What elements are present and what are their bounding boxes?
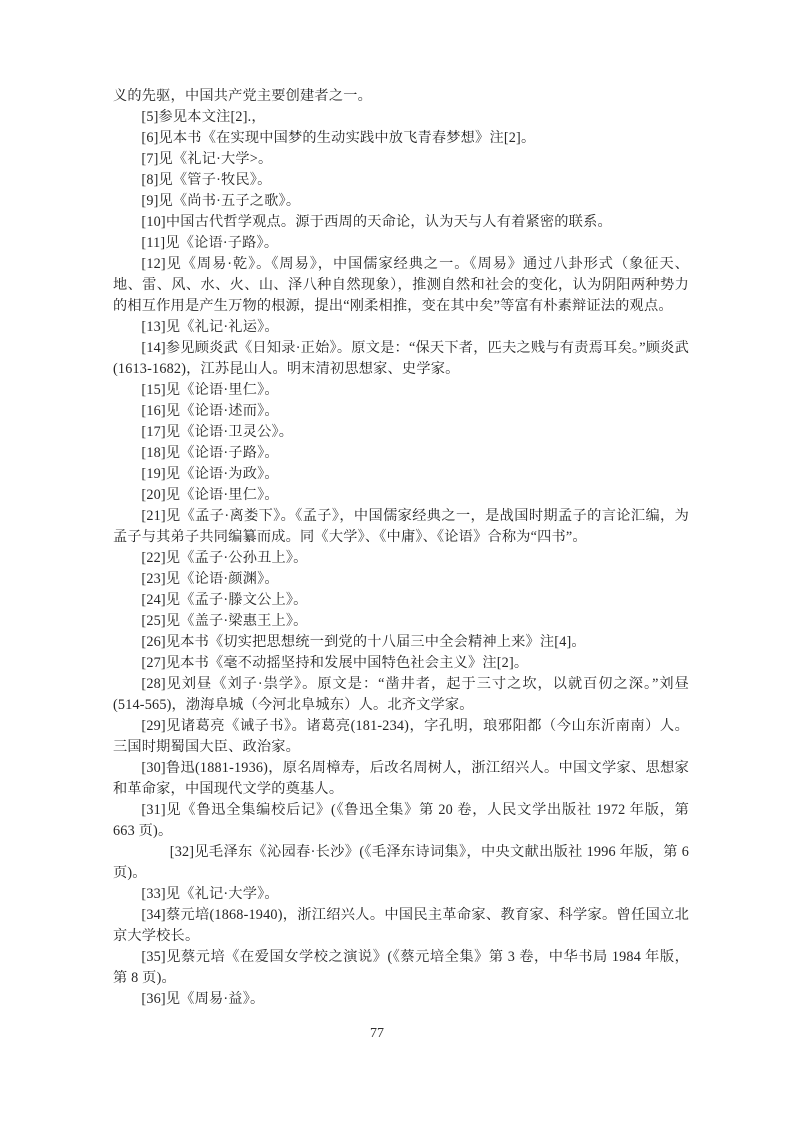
note-paragraph: [19]见《论语·为政》。 <box>113 464 689 485</box>
page-number: 77 <box>337 1026 417 1042</box>
note-paragraph: [26]见本书《切实把思想统一到党的十八届三中全会精神上来》注[4]。 <box>113 632 689 653</box>
note-paragraph: [11]见《论语·子路》。 <box>113 233 689 254</box>
note-paragraph: [27]见本书《毫不动摇坚持和发展中国特色社会主义》注[2]。 <box>113 653 689 674</box>
note-paragraph: [8]见《管子·牧民》。 <box>113 170 689 191</box>
endnotes-section: 义的先驱，中国共产党主要创建者之一。[5]参见本文注[2].，[6]见本书《在实… <box>113 86 689 1010</box>
note-paragraph: [21]见《孟子·离娄下》。《孟子》，中国儒家经典之一，是战国时期孟子的言论汇编… <box>113 506 689 548</box>
note-paragraph: [12]见《周易·乾》。《周易》，中国儒家经典之一。《周易》通过八卦形式（象征天… <box>113 254 689 317</box>
note-paragraph: [31]见《鲁迅全集编校后记》(《鲁迅全集》第 20 卷，人民文学出版社 197… <box>113 800 689 842</box>
note-paragraph: [30]鲁迅(1881-1936)，原名周樟寿，后改名周树人，浙江绍兴人。中国文… <box>113 758 689 800</box>
note-paragraph: [6]见本书《在实现中国梦的生动实践中放飞青春梦想》注[2]。 <box>113 128 689 149</box>
document-page: 义的先驱，中国共产党主要创建者之一。[5]参见本文注[2].，[6]见本书《在实… <box>0 0 800 1131</box>
note-paragraph: [24]见《孟子·滕文公上》。 <box>113 590 689 611</box>
note-paragraph: [29]见诸葛亮《诫子书》。诸葛亮(181-234)，字孔明，琅邪阳都（今山东沂… <box>113 716 689 758</box>
note-paragraph: [14]参见顾炎武《日知录·正始》。原文是：“保天下者，匹夫之贱与有责焉耳矣。”… <box>113 338 689 380</box>
note-paragraph: [10]中国古代哲学观点。源于西周的天命论，认为天与人有着紧密的联系。 <box>113 212 689 233</box>
note-paragraph: 义的先驱，中国共产党主要创建者之一。 <box>113 86 689 107</box>
note-paragraph: [7]见《礼记·大学>。 <box>113 149 689 170</box>
note-paragraph: [17]见《论语·卫灵公》。 <box>113 422 689 443</box>
note-paragraph: [25]见《盖子·梁惠王上》。 <box>113 611 689 632</box>
note-paragraph: [23]见《论语·颜渊》。 <box>113 569 689 590</box>
note-paragraph: [36]见《周易·益》。 <box>113 989 689 1010</box>
note-paragraph: [32]见毛泽东《沁园春·长沙》(《毛泽东诗词集》，中央文献出版社 1996 年… <box>113 842 689 884</box>
note-paragraph: [13]见《礼记·礼运》。 <box>113 317 689 338</box>
note-paragraph: [20]见《论语·里仁》。 <box>113 485 689 506</box>
note-paragraph: [9]见《尚书·五子之歌》。 <box>113 191 689 212</box>
note-paragraph: [18]见《论语·子路》。 <box>113 443 689 464</box>
note-paragraph: [34]蔡元培(1868-1940)，浙江绍兴人。中国民主革命家、教育家、科学家… <box>113 905 689 947</box>
note-paragraph: [35]见蔡元培《在爱国女学校之演说》(《蔡元培全集》第 3 卷，中华书局 19… <box>113 947 689 989</box>
note-paragraph: [15]见《论语·里仁》。 <box>113 380 689 401</box>
note-paragraph: [33]见《礼记·大学》。 <box>113 884 689 905</box>
note-paragraph: [22]见《孟子·公孙丑上》。 <box>113 548 689 569</box>
note-paragraph: [5]参见本文注[2].， <box>113 107 689 128</box>
note-paragraph: [28]见刘昼《刘子·祟学》。原文是：“凿井者，起于三寸之坎，以就百仞之深。”刘… <box>113 674 689 716</box>
note-paragraph: [16]见《论语·述而》。 <box>113 401 689 422</box>
